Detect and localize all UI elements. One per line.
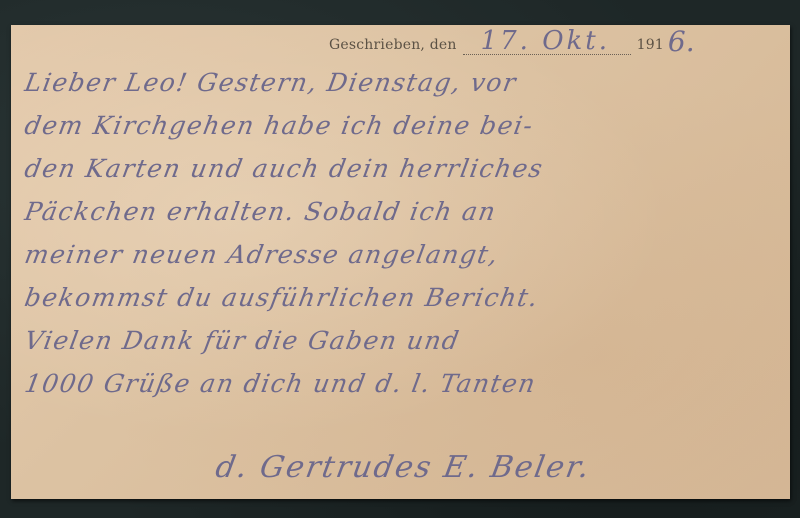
letter-line: den Karten und auch dein herrliches [21,147,789,190]
postcard: Geschrieben, den 17. Okt. 191 6. Lieber … [11,25,790,499]
letter-line: bekommst du ausführlichen Bericht. [21,276,789,319]
letter-line: meiner neuen Adresse angelangt, [21,233,789,276]
date-line: 17. Okt. [463,34,631,55]
printed-year-prefix: 191 [637,35,664,55]
handwritten-year-digit: 6. [668,29,695,55]
signature: d. Gertrudes E. Beler. [213,450,594,485]
letter-line: Päckchen erhalten. Sobald ich an [21,190,789,233]
printed-date-label: Geschrieben, den [329,35,457,55]
handwritten-date: 17. Okt. [481,26,610,56]
date-header: Geschrieben, den 17. Okt. 191 6. [329,29,695,55]
letter-body: Lieber Leo! Gestern, Dienstag, vor dem K… [25,61,785,405]
letter-line: 1000 Grüße an dich und d. l. Tanten [21,362,789,405]
year: 191 6. [637,29,695,55]
letter-line: dem Kirchgehen habe ich deine bei- [21,104,789,147]
letter-line: Vielen Dank für die Gaben und [21,319,789,362]
letter-line: Lieber Leo! Gestern, Dienstag, vor [21,61,789,104]
